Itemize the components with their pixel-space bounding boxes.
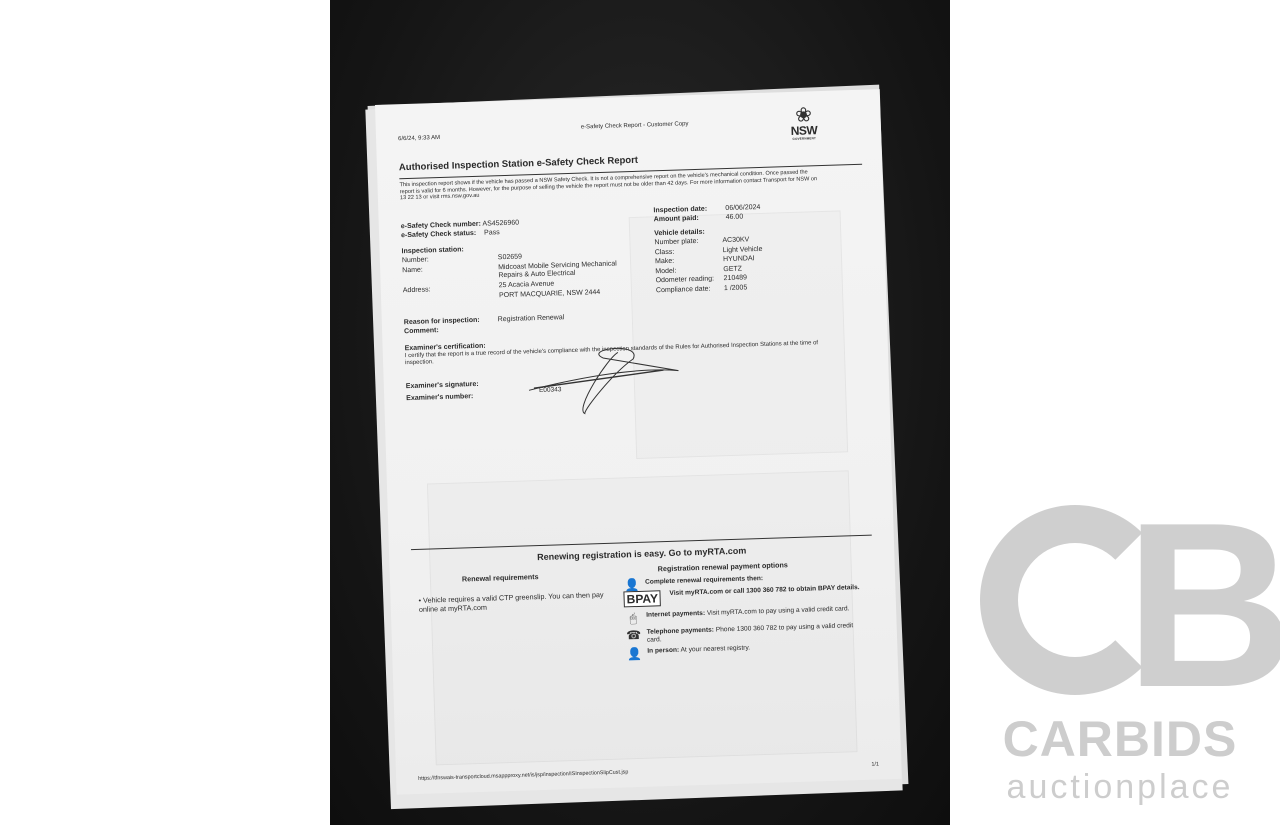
inspection-date-value: 06/06/2024 [725,204,760,212]
footer-page-number: 1/1 [871,761,879,767]
payment-option-title: Internet payments: [646,610,705,619]
station-number-value: S02659 [498,252,522,262]
person-icon: 👤 [623,579,641,592]
intro-text: This inspection report shows if the vehi… [399,169,819,202]
comment-label: Comment: [404,326,439,336]
station-address-line2: PORT MACQUARIE, NSW 2444 [499,288,601,300]
examiner-signature [513,345,685,420]
mouse-icon: 🖱 [624,612,642,625]
watermark-sub: auctionplace [975,768,1265,807]
station-address-label: Address: [403,285,431,295]
signature-label: Examiner's signature: [406,380,479,391]
vehicle-field-value: 1 /2005 [724,284,748,292]
payment-option-title: In person: [647,647,679,655]
carbids-watermark: B CARBIDS auctionplace [975,500,1265,820]
nsw-government-logo: ❀ NSW GOVERNMENT [783,105,824,141]
telephone-icon: ☎ [625,629,643,642]
vehicle-field-value: HYUNDAI [723,255,755,263]
bpay-logo: BPAY [623,590,661,607]
vehicle-field-value: 210489 [724,274,748,282]
vehicle-field-value: AC30KV [722,236,749,244]
vehicle-field-value: GETZ [723,265,742,273]
print-header: e-Safety Check Report - Customer Copy [581,121,689,130]
payment-option-title: Telephone payments: [647,627,714,636]
inspection-report-page: 6/6/24, 9:33 AM e-Safety Check Report - … [375,89,901,795]
station-name-line2: Repairs & Auto Electrical [498,269,575,280]
examiner-number-label: Examiner's number: [406,392,473,403]
station-number-label: Number: [402,255,429,265]
report-title: Authorised Inspection Station e-Safety C… [399,155,638,174]
reason-label: Reason for inspection: [404,315,496,327]
check-number-value: AS4526960 [482,220,519,228]
person-icon: 👤 [625,648,643,661]
station-heading: Inspection station: [401,245,463,256]
reason-row: Reason for inspection: Registration Rene… [404,313,565,327]
watermark-b-letter: B [1125,505,1280,705]
vehicle-details: Number plate:AC30KVClass:Light VehicleMa… [375,89,880,105]
check-status-row: e-Safety Check status: Pass [401,228,500,240]
document-photo: 6/6/24, 9:33 AM e-Safety Check Report - … [330,0,950,825]
station-name-label: Name: [402,266,423,276]
reason-value: Registration Renewal [498,314,565,323]
footer-url: https://tfnswais-transportcloud.msapppro… [418,769,628,782]
print-datetime: 6/6/24, 9:33 AM [398,135,440,142]
check-status-value: Pass [484,229,500,236]
station-address-line1: 25 Acacia Avenue [499,279,555,290]
payment-option-text: At your nearest registry. [679,644,750,653]
vehicle-field-value: Light Vehicle [723,245,763,253]
watermark-brand: CARBIDS [975,710,1265,768]
amount-paid-value: 46.00 [726,213,744,221]
payment-options: 👤Complete renewal requirements then:BPAY… [375,89,880,105]
check-status-label: e-Safety Check status: [401,229,476,240]
